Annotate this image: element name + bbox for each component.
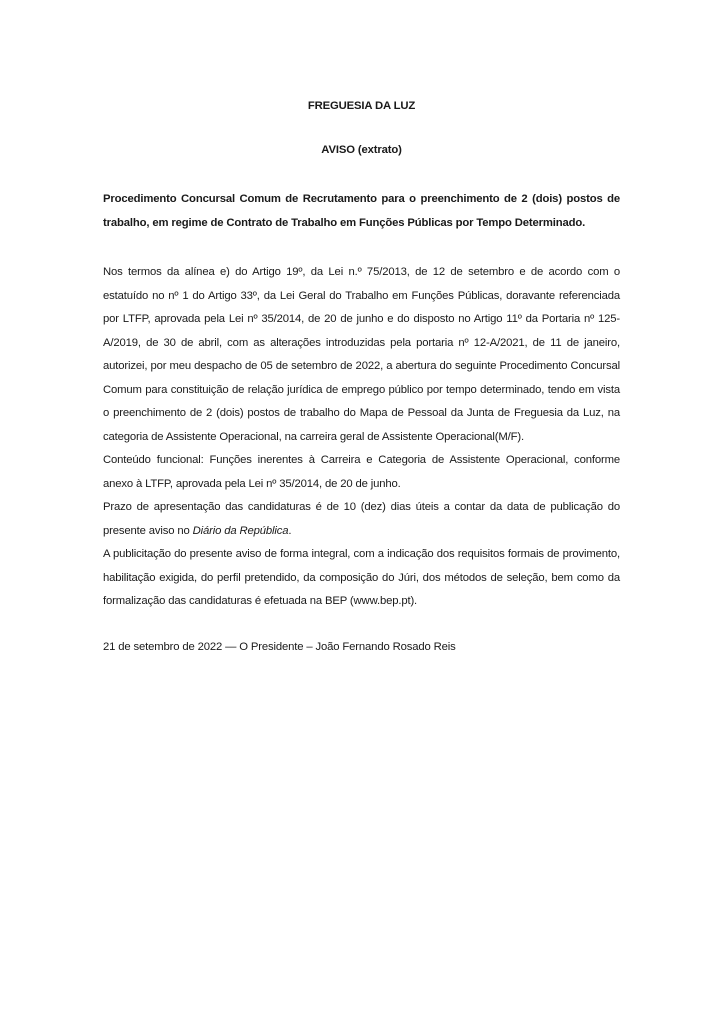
signature-line: 21 de setembro de 2022 — O Presidente – … [103, 639, 620, 655]
notice-subject: Procedimento Concursal Comum de Recrutam… [103, 188, 620, 235]
organization-name: FREGUESIA DA LUZ [103, 98, 620, 114]
journal-name: Diário da República [193, 525, 289, 537]
deadline-paragraph: Prazo de apresentação das candidaturas é… [103, 496, 620, 543]
deadline-end: . [288, 525, 291, 537]
main-paragraph: Nos termos da alínea e) do Artigo 19º, d… [103, 261, 620, 449]
document-page: FREGUESIA DA LUZ AVISO (extrato) Procedi… [103, 98, 620, 655]
publication-paragraph: A publicitação do presente aviso de form… [103, 543, 620, 614]
deadline-text: Prazo de apresentação das candidaturas é… [103, 501, 620, 537]
notice-title: AVISO (extrato) [103, 142, 620, 158]
functional-content-paragraph: Conteúdo funcional: Funções inerentes à … [103, 449, 620, 496]
